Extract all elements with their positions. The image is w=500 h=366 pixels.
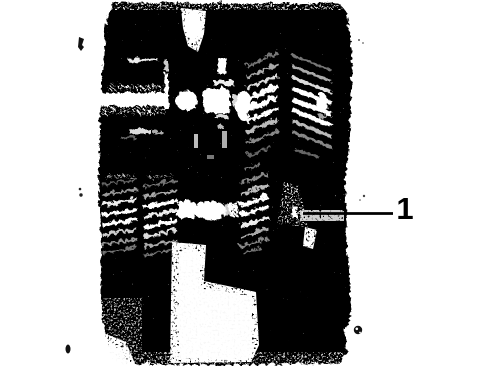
reflection-fringe	[165, 245, 175, 360]
target-speckle	[302, 250, 328, 298]
print-speck	[363, 195, 365, 197]
photo-edge-speckle	[98, 50, 106, 250]
print-speck	[66, 345, 71, 354]
gear-bright-band	[98, 91, 164, 105]
gear-highlight	[120, 135, 134, 138]
gear-highlight	[127, 58, 156, 60]
print-speck	[79, 188, 82, 191]
gear-highlight	[317, 114, 325, 117]
callout-label-1: 1	[392, 193, 418, 224]
gear-edge-sliver	[163, 58, 167, 70]
hub-highlight	[191, 200, 225, 218]
shaft-streak	[222, 131, 227, 148]
gear-speckle-band	[106, 83, 162, 89]
gearbox-photo	[0, 0, 500, 366]
photo-bottom-edge-speckle	[110, 356, 345, 364]
print-speck	[359, 199, 361, 201]
print-speck	[354, 326, 362, 334]
hub-highlight	[216, 56, 225, 72]
gear-speckle-band	[104, 172, 134, 177]
photo-edge-speckle	[336, 40, 348, 160]
gear-speckle-band	[104, 255, 164, 261]
shaft-streak	[207, 155, 214, 159]
housing-light-bottom-left	[96, 298, 142, 366]
gear-speckle-band	[100, 105, 164, 114]
target-bright-speck	[291, 206, 297, 217]
hub-highlight	[202, 87, 229, 112]
hub-highlight	[174, 89, 196, 109]
print-speck	[358, 39, 360, 41]
reflection-core	[183, 10, 201, 38]
print-speck	[79, 193, 82, 196]
photo-top-edge-speckle	[112, 1, 345, 10]
target-light-band	[300, 210, 344, 221]
hub-highlight	[214, 113, 226, 117]
target-speckle	[283, 232, 301, 288]
gear-edge-sliver	[163, 72, 168, 108]
gear-bright-spot	[234, 89, 250, 119]
gear-speckle-band	[145, 173, 171, 178]
hub-highlight	[212, 79, 232, 84]
gear-speckle-band	[246, 150, 316, 162]
shaft-streak	[194, 134, 198, 148]
gear-bright-spot	[315, 92, 327, 110]
gear-highlight	[128, 128, 150, 132]
hub-speckle	[228, 202, 237, 215]
manual-figure: 1	[0, 0, 500, 366]
print-speck	[362, 42, 364, 44]
gear-highlight	[152, 130, 162, 133]
hub-highlight	[216, 124, 222, 127]
